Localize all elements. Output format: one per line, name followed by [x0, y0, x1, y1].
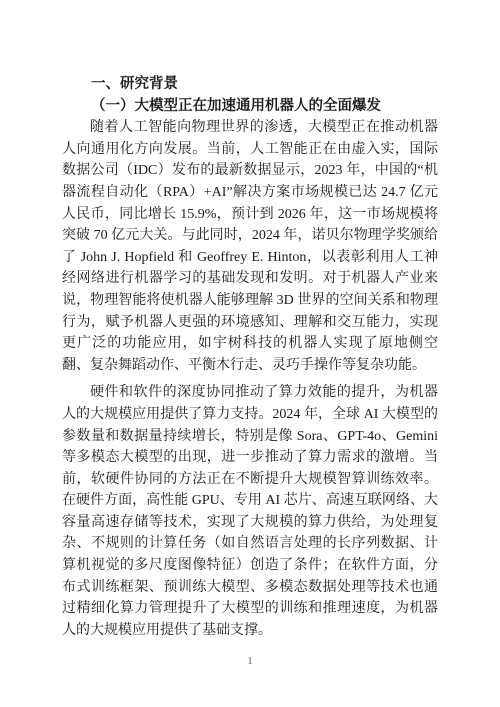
paragraph-1: 随着人工智能向物理世界的渗透，大模型正在推动机器人向通用化方向发展。当前，人工智…: [62, 117, 438, 376]
document-content: 一、研究背景 （一）大模型正在加速通用机器人的全面爆发 随着人工智能向物理世界的…: [62, 74, 438, 641]
subsection-heading: （一）大模型正在加速通用机器人的全面爆发: [62, 96, 438, 118]
page-number: 1: [0, 656, 500, 667]
paragraph-2: 硬件和软件的深度协同推动了算力效能的提升，为机器人的大规模应用提供了算力支持。2…: [62, 382, 438, 641]
document-page: 一、研究背景 （一）大模型正在加速通用机器人的全面爆发 随着人工智能向物理世界的…: [0, 0, 500, 707]
section-heading: 一、研究背景: [62, 74, 438, 96]
